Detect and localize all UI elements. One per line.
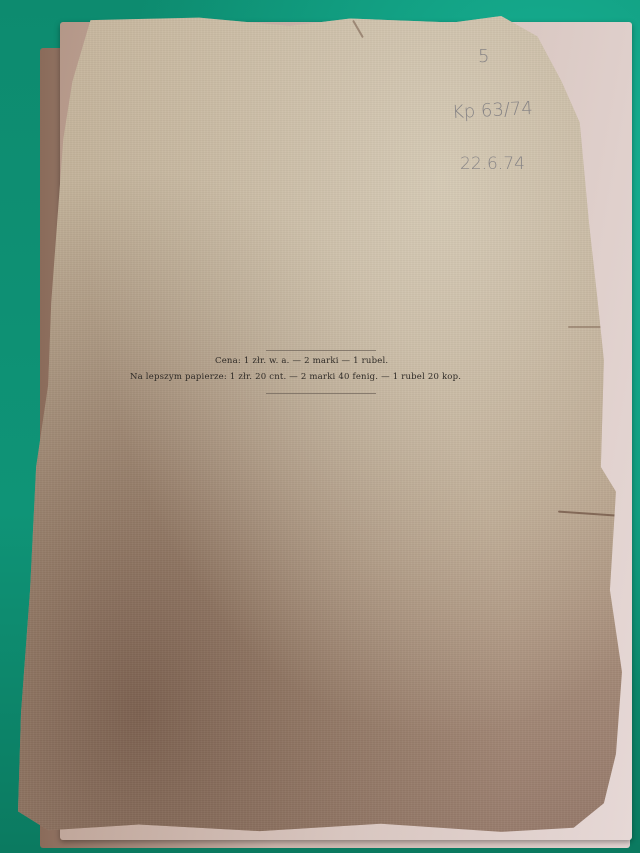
handwritten-catalog-number: Kp 63/74: [452, 98, 534, 123]
bottom-rule: [266, 393, 376, 394]
price-line-better-paper: Na lepszym papierze: 1 złr. 20 cnt. — 2 …: [130, 372, 461, 382]
document-page: Cena: 1 złr. w. a. — 2 marki — 1 rubel. …: [18, 16, 622, 836]
handwritten-date: 22.6.74: [460, 154, 525, 174]
top-rule: [266, 350, 376, 351]
handwritten-number: 5: [478, 46, 489, 67]
price-line-standard: Cena: 1 złr. w. a. — 2 marki — 1 rubel.: [215, 356, 388, 366]
paper-texture: [18, 16, 622, 836]
